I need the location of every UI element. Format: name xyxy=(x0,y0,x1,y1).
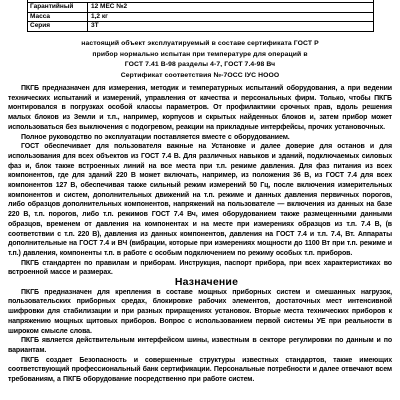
paragraph: ПКГБ предназначен для крепления в состав… xyxy=(8,288,392,337)
certificate-line: прибор нормально испытан при температуре… xyxy=(30,50,370,61)
paragraph: ГОСТ обеспечивает для пользователя важны… xyxy=(8,142,392,258)
certificate-block: настоящий объект эксплуатируемый в соста… xyxy=(30,39,370,81)
section-heading-purpose: Назначение xyxy=(8,278,392,288)
cell-label: Серия xyxy=(28,22,88,31)
scanned-document-page: Гарантийный 12 МЕС №2 Масса 1,2 кг Серия… xyxy=(0,0,400,400)
certificate-line: Сертификат соответствия №-7ОСС IУС НООО xyxy=(30,71,370,82)
cell-label: Масса xyxy=(28,13,88,22)
cell-value: 1,2 кг xyxy=(88,13,373,22)
certificate-line: настоящий объект эксплуатируемый в соста… xyxy=(30,39,370,50)
cell-label: Гарантийный xyxy=(28,3,88,12)
certificate-line: ГОСТ 7.41 В-98 разделы 4-7, ГОСТ 7.4-98 … xyxy=(30,60,370,71)
table-row: Гарантийный 12 МЕС №2 xyxy=(28,2,373,12)
table-row: Серия 3Т xyxy=(28,21,373,31)
paragraph: ПКГБ предназначен для измерения, методик… xyxy=(8,84,392,133)
paragraph: Полное руководство по эксплуатации поста… xyxy=(8,133,392,143)
paragraph: ПКГБ является действительным интерфейсом… xyxy=(8,336,392,355)
document-body: ПКГБ предназначен для измерения, методик… xyxy=(8,84,392,385)
cell-value: 12 МЕС №2 xyxy=(88,3,373,12)
spec-table: Гарантийный 12 МЕС №2 Масса 1,2 кг Серия… xyxy=(27,0,374,32)
cell-value: 3Т xyxy=(88,22,373,31)
paragraph: ПКГБ создает Безопасность и совершенные … xyxy=(8,356,392,385)
table-row: Масса 1,2 кг xyxy=(28,12,373,22)
